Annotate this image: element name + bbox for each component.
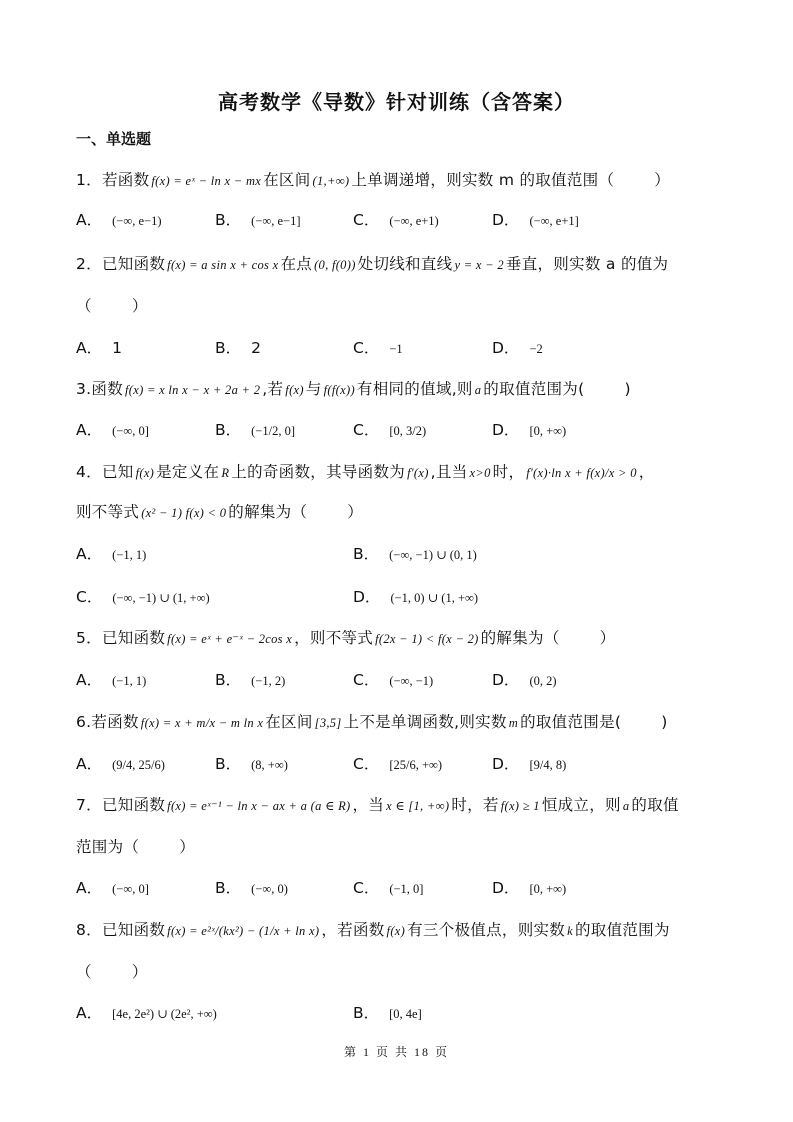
option-value: (−1, 2) (251, 674, 285, 688)
option-label: D． (353, 588, 380, 606)
option-c[interactable]: C．(−1, 0] (353, 876, 423, 901)
question-text: ，则不等式 (294, 629, 373, 647)
formula: x>0 (468, 466, 493, 480)
question-text: 则不等式 (76, 503, 139, 521)
option-value: (−1, 0) ∪ (1, +∞) (390, 591, 478, 605)
question-text: ， (639, 463, 655, 481)
answer-blank: ） (179, 838, 195, 856)
option-label: A． (76, 421, 102, 439)
option-c[interactable]: C．[25/6, +∞) (353, 752, 442, 777)
question-number: 6. (76, 713, 91, 731)
option-label: D． (492, 879, 519, 897)
option-label: B． (215, 671, 241, 689)
option-value: 1 (112, 339, 122, 357)
question-text: 上不是单调函数,则实数 (344, 713, 507, 731)
answer-blank: ） (600, 629, 616, 647)
question-text: 的取值 (631, 796, 678, 814)
option-label: D． (492, 339, 519, 357)
option-label: A． (76, 879, 102, 897)
option-d[interactable]: D．(−1, 0) ∪ (1, +∞) (353, 585, 478, 610)
question-4: 4．已知f(x)是定义在R上的奇函数，其导函数为f′(x),且当x>0时，f′(… (76, 460, 655, 485)
option-value: 2 (251, 339, 261, 357)
formula: f(x) = e²ˣ/(kx²) − (1/x + ln x) (165, 924, 321, 938)
question-number: 2． (76, 255, 102, 273)
question-text: 已知函数 (102, 921, 165, 939)
option-value: (8, +∞) (251, 758, 288, 772)
question-text: 在点 (280, 255, 312, 273)
question-2-blank: （） (76, 294, 148, 318)
option-c[interactable]: C．(−∞, −1) ∪ (1, +∞) (76, 585, 210, 610)
answer-blank: （ (76, 963, 92, 981)
question-text: 垂直，则实数 a 的值为 (506, 255, 668, 273)
question-text: 的取值范围是( (520, 713, 621, 731)
option-value: (−∞, e−1) (112, 214, 161, 228)
question-text: ，当 (352, 796, 384, 814)
formula: f(f(x)) (322, 383, 357, 397)
formula: f(x) = x ln x − x + 2a + 2 (123, 383, 262, 397)
option-value: (−1, 1) (112, 674, 146, 688)
question-text: 范围为（ (76, 838, 139, 856)
question-text: 若函数 (102, 171, 149, 189)
option-label: A． (76, 755, 102, 773)
option-value: −1 (389, 342, 402, 356)
formula: x ∈ [1, +∞) (384, 799, 451, 813)
question-number: 7． (76, 796, 102, 814)
formula: a (621, 799, 632, 813)
document-page: 高考数学《导数》针对训练（含答案） 一、单选题 1．若函数f(x) = eˣ −… (0, 0, 793, 1122)
question-text: 是定义在 (156, 463, 219, 481)
question-text: 的解集为（ (228, 503, 307, 521)
formula: m (507, 716, 520, 730)
formula: k (565, 924, 575, 938)
question-7: 7．已知函数f(x) = eˣ⁻¹ − ln x − ax + a (a ∈ R… (76, 793, 679, 818)
question-number: 1． (76, 171, 102, 189)
option-d[interactable]: D．(0, 2) (492, 668, 557, 693)
question-text: 已知函数 (102, 796, 165, 814)
option-b[interactable]: B．2 (215, 336, 261, 360)
formula: f(x) = a sin x + cos x (165, 258, 280, 272)
option-value: −2 (529, 342, 542, 356)
option-value: (−∞, e+1) (389, 214, 438, 228)
page-footer: 第 1 页 共 18 页 (0, 1043, 793, 1060)
question-8-blank: （） (76, 960, 148, 984)
option-a[interactable]: A．(−1, 1) (76, 542, 146, 567)
option-b[interactable]: B．(8, +∞) (215, 752, 288, 777)
formula: R (219, 466, 231, 480)
question-number: 8． (76, 921, 102, 939)
option-b[interactable]: B．(−1, 2) (215, 668, 285, 693)
section-heading: 一、单选题 (76, 128, 151, 149)
option-label: A． (76, 339, 102, 357)
formula: f(2x − 1) < f(x − 2) (373, 632, 481, 646)
option-a[interactable]: A．(−1, 1) (76, 668, 146, 693)
option-b[interactable]: B．(−∞, −1) ∪ (0, 1) (353, 542, 477, 567)
option-c[interactable]: C．[0, 3/2) (353, 418, 426, 443)
question-text: 的解集为（ (481, 629, 560, 647)
question-text: 与 (306, 380, 322, 398)
formula: f(x) = eˣ⁻¹ − ln x − ax + a (a ∈ R) (165, 799, 352, 813)
formula: [3,5] (313, 716, 344, 730)
question-2: 2．已知函数f(x) = a sin x + cos x在点(0, f(0))处… (76, 252, 668, 277)
question-1: 1．若函数f(x) = eˣ − ln x − mx在区间(1,+∞)上单调递增… (76, 168, 670, 193)
option-label: C． (76, 588, 102, 606)
formula: y = x − 2 (452, 258, 505, 272)
option-value: [4e, 2e²) ∪ (2e², +∞) (112, 1007, 217, 1021)
option-value: [9/4, 8) (529, 758, 566, 772)
option-c[interactable]: C．(−∞, e+1) (353, 208, 439, 233)
question-text: 已知函数 (102, 629, 165, 647)
question-7-line2: 范围为（） (76, 835, 195, 859)
formula: f(x) = eˣ − ln x − mx (149, 174, 263, 188)
answer-blank: ） (132, 297, 148, 315)
question-text: 时， (493, 463, 525, 481)
answer-blank: ） (347, 503, 363, 521)
option-d[interactable]: D．(−∞, e+1] (492, 208, 579, 233)
question-text: ,且当 (431, 463, 468, 481)
option-value: (−∞, 0) (251, 882, 288, 896)
option-a[interactable]: A．[4e, 2e²) ∪ (2e², +∞) (76, 1001, 217, 1026)
answer-blank: ） (654, 171, 670, 189)
option-value: (−∞, −1) (389, 674, 433, 688)
question-text: 已知 (102, 463, 134, 481)
option-label: A． (76, 545, 102, 563)
question-text: ，若函数 (321, 921, 384, 939)
option-value: (9/4, 25/6) (112, 758, 165, 772)
formula: f′(x) (405, 466, 431, 480)
question-text: 上单调递增，则实数 m 的取值范围（ (351, 171, 614, 189)
option-label: B． (353, 545, 379, 563)
option-c[interactable]: C．−1 (353, 336, 403, 361)
page-title: 高考数学《导数》针对训练（含答案） (0, 86, 793, 115)
option-a[interactable]: A．1 (76, 336, 122, 360)
option-value: (0, 2) (529, 674, 556, 688)
option-d[interactable]: D．[0, +∞) (492, 876, 566, 901)
question-number: 4． (76, 463, 102, 481)
question-5: 5．已知函数f(x) = eˣ + e⁻ˣ − 2cos x，则不等式f(2x … (76, 626, 615, 651)
answer-blank: ） (132, 963, 148, 981)
formula: a (473, 383, 484, 397)
option-label: A． (76, 671, 102, 689)
option-d[interactable]: D．−2 (492, 336, 543, 361)
option-label: D． (492, 755, 519, 773)
question-text: 若函数 (91, 713, 138, 731)
option-c[interactable]: C．(−∞, −1) (353, 668, 433, 693)
option-label: A． (76, 1004, 102, 1022)
option-value: (−1, 0] (389, 882, 423, 896)
answer-blank: ) (624, 380, 630, 398)
option-value: [25/6, +∞) (389, 758, 442, 772)
question-text: ,若 (262, 380, 283, 398)
option-value: (−1/2, 0] (251, 424, 295, 438)
option-value: (−1, 1) (112, 548, 146, 562)
option-b[interactable]: B．(−∞, e−1] (215, 208, 301, 233)
question-number: 5． (76, 629, 102, 647)
question-text: 已知函数 (102, 255, 165, 273)
option-d[interactable]: D．[0, +∞) (492, 418, 566, 443)
question-3: 3.函数f(x) = x ln x − x + 2a + 2,若f(x)与f(f… (76, 377, 631, 402)
question-6: 6.若函数f(x) = x + m/x − m ln x在区间[3,5]上不是单… (76, 710, 668, 735)
option-label: C． (353, 879, 379, 897)
option-label: A． (76, 211, 102, 229)
option-label: B． (215, 211, 241, 229)
formula: f(x) (283, 383, 306, 397)
option-value: [0, 4e] (389, 1007, 422, 1021)
question-text: 时，若 (451, 796, 498, 814)
option-a[interactable]: A．(−∞, 0] (76, 876, 149, 901)
option-label: C． (353, 339, 379, 357)
option-label: B． (215, 339, 241, 357)
question-text: 恒成立，则 (542, 796, 621, 814)
option-label: B． (215, 879, 241, 897)
option-value: [0, 3/2) (389, 424, 426, 438)
question-text: 函数 (91, 380, 123, 398)
formula: (0, f(0)) (312, 258, 358, 272)
question-text: 有相同的值域,则 (357, 380, 473, 398)
formula: f′(x)·ln x + f(x)/x > 0 (524, 466, 639, 480)
option-a[interactable]: A．(9/4, 25/6) (76, 752, 165, 777)
question-text: 处切线和直线 (358, 255, 453, 273)
option-label: D． (492, 671, 519, 689)
option-b[interactable]: B．[0, 4e] (353, 1001, 422, 1026)
option-value: [0, +∞) (529, 882, 566, 896)
option-b[interactable]: B．(−∞, 0) (215, 876, 288, 901)
option-a[interactable]: A．(−∞, 0] (76, 418, 149, 443)
option-a[interactable]: A．(−∞, e−1) (76, 208, 162, 233)
question-number: 3. (76, 380, 91, 398)
question-text: 有三个极值点，则实数 (407, 921, 565, 939)
formula: (1,+∞) (311, 174, 352, 188)
formula: f(x) (385, 924, 408, 938)
option-value: [0, +∞) (529, 424, 566, 438)
formula: f(x) ≥ 1 (499, 799, 542, 813)
formula: f(x) = x + m/x − m ln x (139, 716, 265, 730)
question-text: 的取值范围为( (483, 380, 584, 398)
option-label: D． (492, 421, 519, 439)
option-b[interactable]: B．(−1/2, 0] (215, 418, 295, 443)
option-value: (−∞, e+1] (529, 214, 578, 228)
question-8: 8．已知函数f(x) = e²ˣ/(kx²) − (1/x + ln x)，若函… (76, 918, 670, 943)
option-label: C． (353, 421, 379, 439)
formula: (x² − 1) f(x) < 0 (139, 506, 228, 520)
option-label: B． (215, 755, 241, 773)
answer-blank: （ (76, 297, 92, 315)
option-label: B． (353, 1004, 379, 1022)
question-text: 的取值范围为 (575, 921, 670, 939)
answer-blank: ) (661, 713, 667, 731)
option-label: D． (492, 211, 519, 229)
option-value: (−∞, e−1] (251, 214, 300, 228)
question-text: 在区间 (263, 171, 310, 189)
option-label: C． (353, 211, 379, 229)
option-value: (−∞, 0] (112, 424, 149, 438)
option-d[interactable]: D．[9/4, 8) (492, 752, 566, 777)
option-value: (−∞, 0] (112, 882, 149, 896)
option-label: C． (353, 671, 379, 689)
option-label: B． (215, 421, 241, 439)
question-4-line2: 则不等式(x² − 1) f(x) < 0的解集为（） (76, 500, 363, 525)
option-value: (−∞, −1) ∪ (0, 1) (389, 548, 477, 562)
formula: f(x) = eˣ + e⁻ˣ − 2cos x (165, 632, 294, 646)
formula: f(x) (134, 466, 157, 480)
option-label: C． (353, 755, 379, 773)
question-text: 上的奇函数，其导函数为 (231, 463, 405, 481)
option-value: (−∞, −1) ∪ (1, +∞) (112, 591, 209, 605)
question-text: 在区间 (265, 713, 312, 731)
